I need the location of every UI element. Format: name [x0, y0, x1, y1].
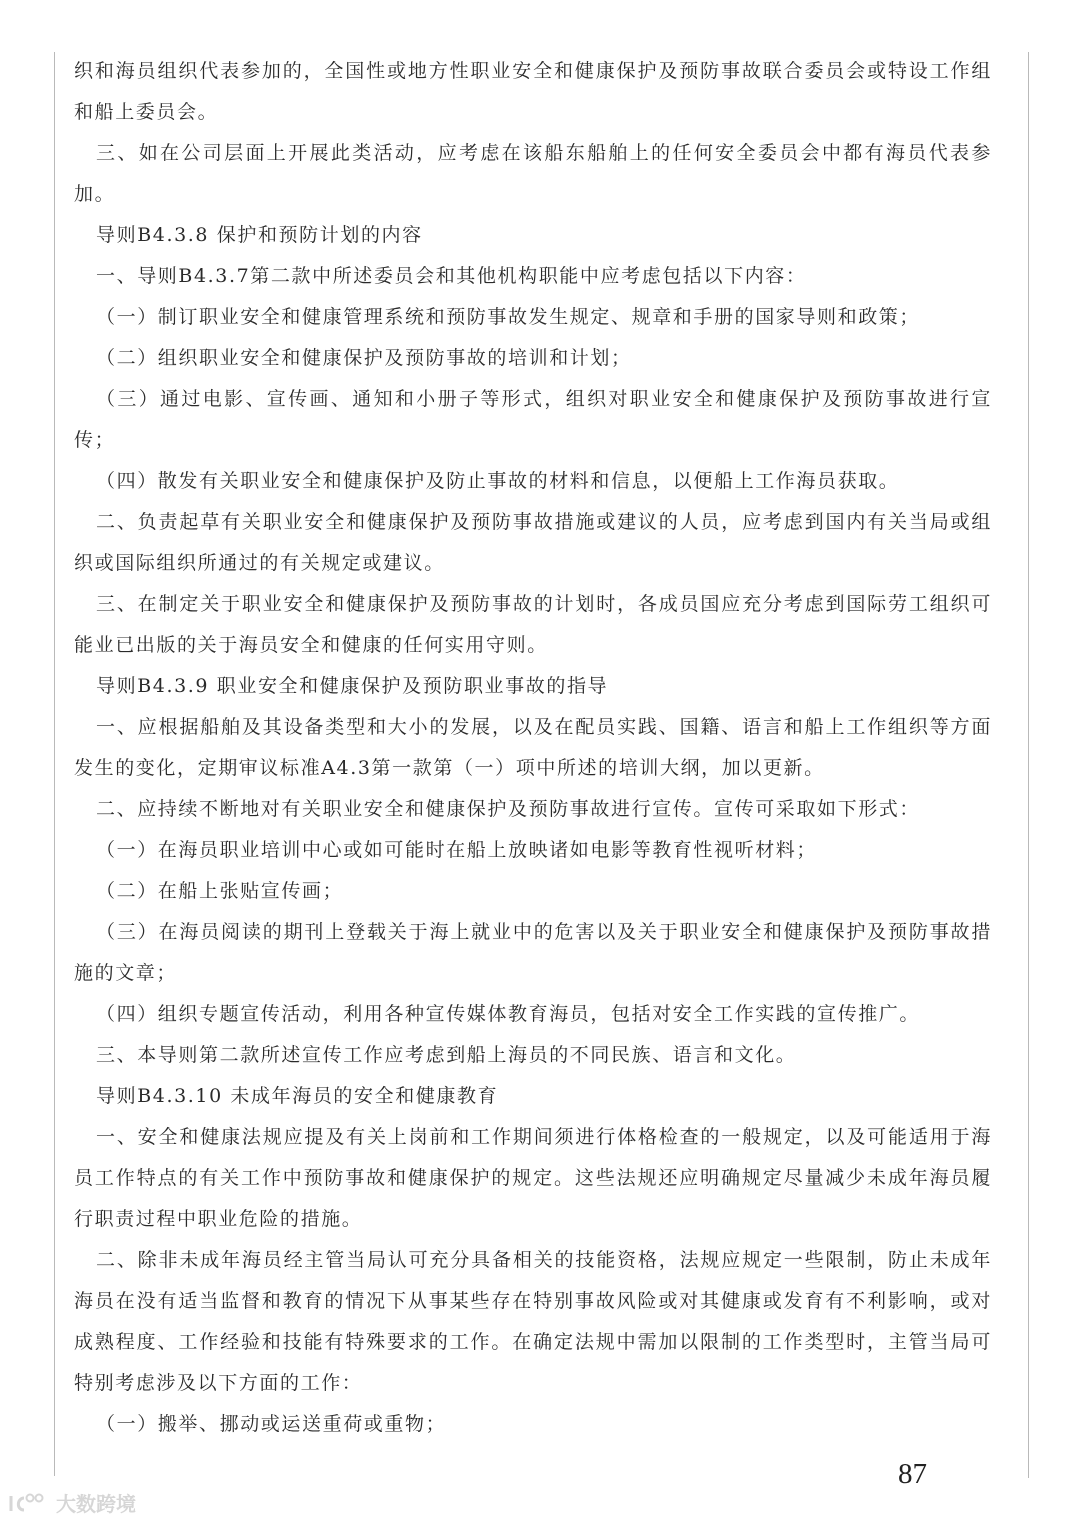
- paragraph-continuation: 织和海员组织代表参加的，全国性或地方性职业安全和健康保护及预防事故联合委员会或特…: [74, 51, 992, 133]
- list-item: （二）组织职业安全和健康保护及预防事故的培训和计划；: [74, 338, 992, 379]
- paragraph: 一、导则B4.3.7第二款中所述委员会和其他机构职能中应考虑包括以下内容：: [74, 256, 992, 297]
- paragraph: 三、如在公司层面上开展此类活动，应考虑在该船东船舶上的任何安全委员会中都有海员代…: [74, 133, 992, 215]
- left-margin-rule: [54, 52, 55, 1476]
- paragraph: 二、除非未成年海员经主管当局认可充分具备相关的技能资格，法规应规定一些限制，防止…: [74, 1240, 992, 1404]
- section-heading-b4310: 导则B4.3.10 未成年海员的安全和健康教育: [74, 1076, 992, 1117]
- section-heading-b438: 导则B4.3.8 保护和预防计划的内容: [74, 215, 992, 256]
- right-margin-rule: [1028, 52, 1029, 1478]
- list-item: （一）制订职业安全和健康管理系统和预防事故发生规定、规章和手册的国家导则和政策；: [74, 297, 992, 338]
- paragraph: 一、安全和健康法规应提及有关上岗前和工作期间须进行体格检查的一般规定，以及可能适…: [74, 1117, 992, 1240]
- section-heading-b439: 导则B4.3.9 职业安全和健康保护及预防职业事故的指导: [74, 666, 992, 707]
- list-item: （三）在海员阅读的期刊上登载关于海上就业中的危害以及关于职业安全和健康保护及预防…: [74, 912, 992, 994]
- list-item: （二）在船上张贴宣传画；: [74, 871, 992, 912]
- list-item: （四）散发有关职业安全和健康保护及防止事故的材料和信息，以便船上工作海员获取。: [74, 461, 992, 502]
- watermark-text: 大数跨境: [56, 1488, 136, 1517]
- list-item: （一）在海员职业培训中心或如可能时在船上放映诸如电影等教育性视听材料；: [74, 830, 992, 871]
- paragraph: 二、应持续不断地对有关职业安全和健康保护及预防事故进行宣传。宣传可采取如下形式：: [74, 789, 992, 830]
- paragraph: 三、本导则第二款所述宣传工作应考虑到船上海员的不同民族、语言和文化。: [74, 1035, 992, 1076]
- list-item: （一）搬举、挪动或运送重荷或重物；: [74, 1404, 992, 1445]
- page-number: 87: [898, 1458, 927, 1491]
- paragraph: 一、应根据船舶及其设备类型和大小的发展，以及在配员实践、国籍、语言和船上工作组织…: [74, 707, 992, 789]
- kuaile-logo-icon: [8, 1492, 50, 1514]
- paragraph: 三、在制定关于职业安全和健康保护及预防事故的计划时，各成员国应充分考虑到国际劳工…: [74, 584, 992, 666]
- watermark: 大数跨境: [8, 1488, 136, 1517]
- list-item: （四）组织专题宣传活动，利用各种宣传媒体教育海员，包括对安全工作实践的宣传推广。: [74, 994, 992, 1035]
- list-item: （三）通过电影、宣传画、通知和小册子等形式，组织对职业安全和健康保护及预防事故进…: [74, 379, 992, 461]
- document-body: 织和海员组织代表参加的，全国性或地方性职业安全和健康保护及预防事故联合委员会或特…: [74, 51, 992, 1445]
- paragraph: 二、负责起草有关职业安全和健康保护及预防事故措施或建议的人员，应考虑到国内有关当…: [74, 502, 992, 584]
